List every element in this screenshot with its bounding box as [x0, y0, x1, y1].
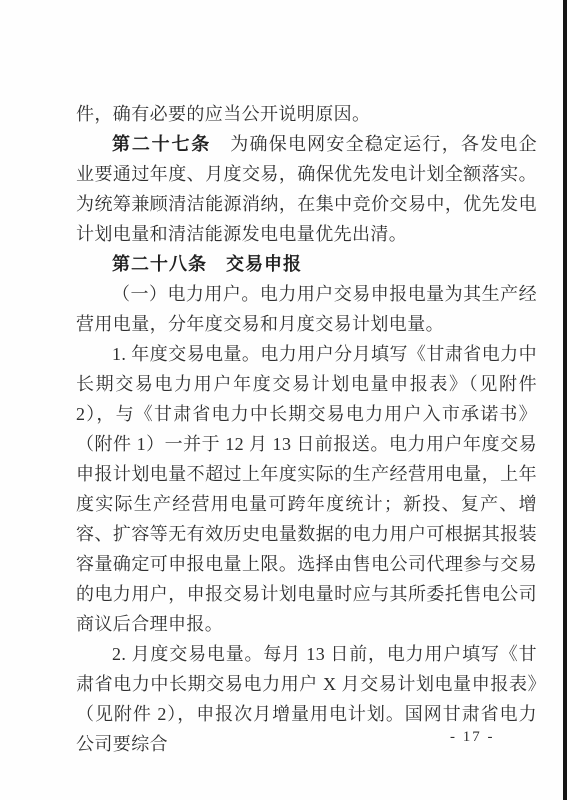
paragraph-article-27: 第二十七条 为确保电网安全稳定运行，各发电企业要通过年度、月度交易，确保优先发电… [76, 129, 537, 249]
document-body: 件，确有必要的应当公开说明原因。 第二十七条 为确保电网安全稳定运行，各发电企业… [76, 99, 537, 759]
paragraph-continuation: 件，确有必要的应当公开说明原因。 [76, 99, 537, 129]
paragraph-power-users: （一）电力用户。电力用户交易申报电量为其生产经营用电量，分年度交易和月度交易计划… [76, 279, 537, 339]
document-page: 件，确有必要的应当公开说明原因。 第二十七条 为确保电网安全稳定运行，各发电企业… [0, 0, 568, 800]
heading-article-28: 第二十八条 交易申报 [76, 249, 537, 279]
paragraph-annual-trade-volume: 1. 年度交易电量。电力用户分月填写《甘肃省电力中长期交易电力用户年度交易计划电… [76, 339, 537, 639]
page-number: - 17 - [450, 728, 540, 746]
scan-edge-line [563, 0, 567, 800]
article-27-number: 第二十七条 [112, 134, 211, 154]
